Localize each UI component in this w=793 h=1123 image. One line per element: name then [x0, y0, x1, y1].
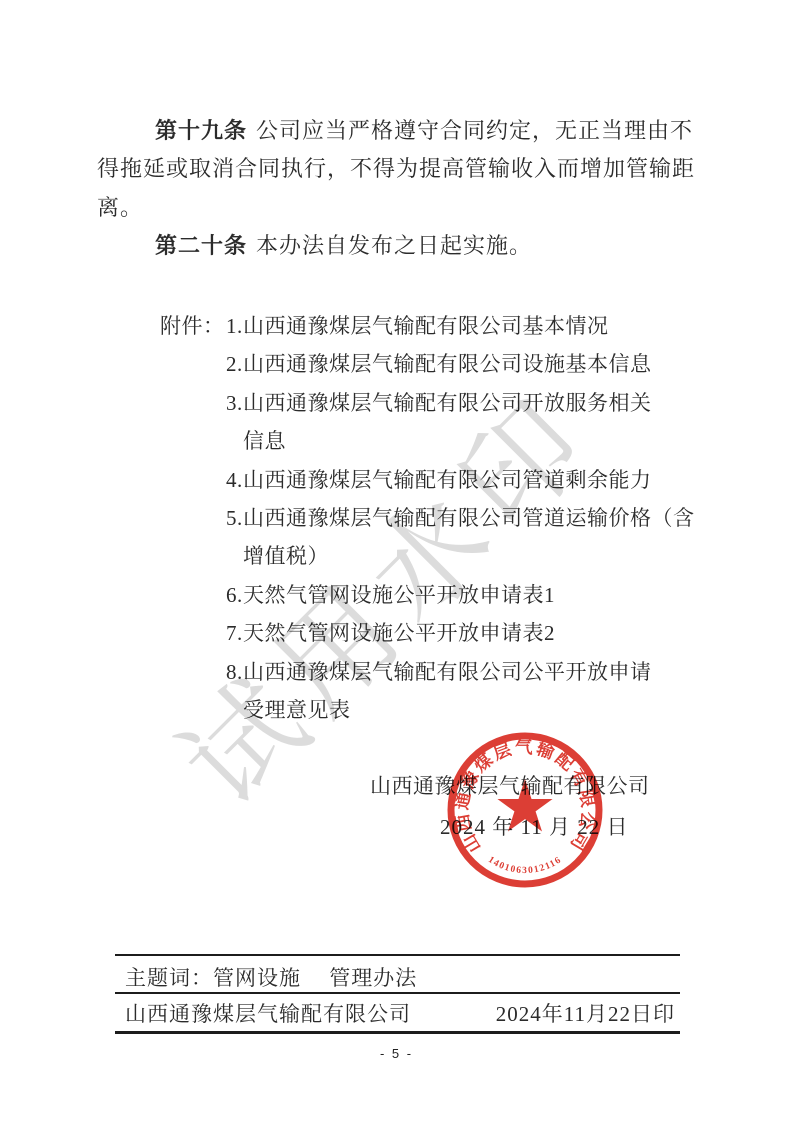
- attachment-text: 天然气管网设施公平开放申请表2: [243, 621, 555, 645]
- attachment-number: 2.: [226, 345, 243, 383]
- attachment-line-continuation: 信息: [97, 422, 737, 460]
- subject-terms: 管网设施 管理办法: [213, 966, 417, 990]
- seal-code: 1401063012116: [486, 855, 564, 876]
- page-number: - 5 -: [0, 1046, 793, 1061]
- attachment-text: 山西通豫煤层气输配有限公司公平开放申请: [243, 660, 652, 684]
- attachment-number: 4.: [226, 461, 243, 499]
- attachment-line: 6.天然气管网设施公平开放申请表1: [97, 576, 737, 614]
- article-19-label: 第十九条: [155, 118, 247, 143]
- footer-divider-bottom: [115, 1031, 680, 1034]
- article-19-text-end: 离。: [97, 195, 143, 220]
- print-date: 2024年11月22日印: [496, 1000, 675, 1028]
- subject-row: 主题词：管网设施 管理办法: [125, 963, 417, 993]
- attachment-list: 附件：1.山西通豫煤层气输配有限公司基本情况 2.山西通豫煤层气输配有限公司设施…: [97, 307, 737, 729]
- company-seal: 山西通豫煤层气输配有限公司 1401063012116: [430, 715, 620, 905]
- attachment-text: 山西通豫煤层气输配有限公司设施基本信息: [243, 352, 652, 376]
- article-19-line-1: 第十九条公司应当严格遵守合同约定，无正当理由不: [97, 112, 697, 150]
- attachment-text: 山西通豫煤层气输配有限公司基本情况: [243, 314, 609, 338]
- attachment-number: 3.: [226, 384, 243, 422]
- attachment-line: 2.山西通豫煤层气输配有限公司设施基本信息: [97, 345, 737, 383]
- attachment-line: 5.山西通豫煤层气输配有限公司管道运输价格（含: [97, 499, 737, 537]
- attachment-number: 8.: [226, 653, 243, 691]
- attachment-number: 7.: [226, 614, 243, 652]
- attachment-text: 山西通豫煤层气输配有限公司管道剩余能力: [243, 468, 652, 492]
- article-19-text-cont: 得拖延或取消合同执行，不得为提高管输收入而增加管输距: [97, 156, 695, 181]
- attachment-text: 山西通豫煤层气输配有限公司管道运输价格（含: [243, 506, 695, 530]
- seal-star-icon: [497, 779, 552, 831]
- attachment-number: 5.: [226, 499, 243, 537]
- attachment-number: 6.: [226, 576, 243, 614]
- article-20-line: 第二十条本办法自发布之日起实施。: [97, 227, 697, 265]
- article-19-text: 公司应当严格遵守合同约定，无正当理由不: [256, 118, 693, 143]
- article-19-line-2: 得拖延或取消合同执行，不得为提高管输收入而增加管输距: [97, 150, 697, 188]
- issuer-name: 山西通豫煤层气输配有限公司: [125, 1000, 411, 1028]
- issuer-row: 山西通豫煤层气输配有限公司 2024年11月22日印: [125, 1000, 675, 1028]
- attachment-line-continuation: 增值税）: [97, 537, 737, 575]
- attachment-text: 增值税）: [243, 544, 329, 568]
- attachment-text: 天然气管网设施公平开放申请表1: [243, 583, 555, 607]
- attachment-line: 7.天然气管网设施公平开放申请表2: [97, 614, 737, 652]
- attachments-label: 附件：: [160, 307, 226, 345]
- footer-divider-middle: [115, 992, 680, 994]
- footer-divider-top: [115, 954, 680, 956]
- attachment-line: 4.山西通豫煤层气输配有限公司管道剩余能力: [97, 461, 737, 499]
- attachment-text: 受理意见表: [243, 698, 351, 722]
- attachment-text: 山西通豫煤层气输配有限公司开放服务相关: [243, 391, 652, 415]
- article-20-text: 本办法自发布之日起实施。: [256, 233, 532, 258]
- attachment-text: 信息: [243, 429, 286, 453]
- attachment-line-continuation: 受理意见表: [97, 691, 737, 729]
- attachment-number: 1.: [226, 307, 243, 345]
- article-paragraphs: 第十九条公司应当严格遵守合同约定，无正当理由不 得拖延或取消合同执行，不得为提高…: [97, 112, 697, 266]
- attachment-line: 3.山西通豫煤层气输配有限公司开放服务相关: [97, 384, 737, 422]
- attachment-line: 8.山西通豫煤层气输配有限公司公平开放申请: [97, 653, 737, 691]
- document-page: 第十九条公司应当严格遵守合同约定，无正当理由不 得拖延或取消合同执行，不得为提高…: [0, 0, 793, 1123]
- subject-label: 主题词：: [125, 966, 213, 990]
- article-19-line-3: 离。: [97, 189, 697, 227]
- attachment-line: 附件：1.山西通豫煤层气输配有限公司基本情况: [97, 307, 737, 345]
- article-20-label: 第二十条: [155, 233, 247, 258]
